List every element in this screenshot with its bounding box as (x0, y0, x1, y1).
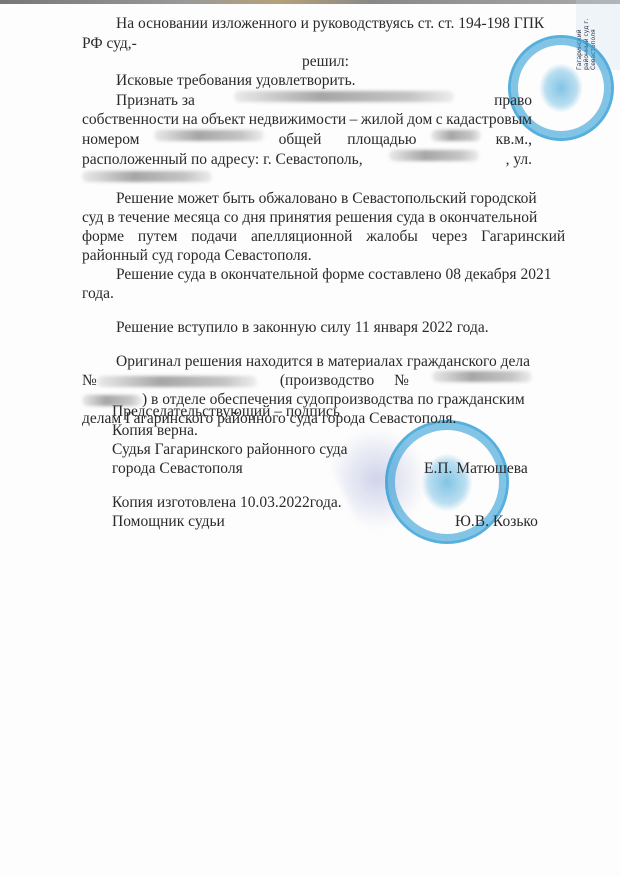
final-form-line-1: Решение суда в окончательной форме соста… (82, 265, 566, 285)
final-form-line-2: года. (82, 284, 532, 304)
redacted-area (431, 130, 481, 141)
decided-heading: решил: (302, 52, 349, 72)
redacted-name (234, 91, 454, 102)
appeal-line-3: форме путем подачи апелляционной жалобы … (82, 227, 532, 247)
claims-satisfied: Исковые требования удовлетворить. (82, 71, 566, 91)
redacted-proceeding-number (432, 371, 532, 382)
recognize-line: Признать за право (82, 91, 532, 111)
redacted-street (82, 171, 212, 182)
cadastral-line: номером общей площадью кв.м., (82, 130, 532, 150)
appeal-line-4: районный суд города Севастополя. (82, 246, 532, 266)
recognize-start: Признать за (116, 91, 195, 111)
appeal-line-1: Решение может быть обжаловано в Севастоп… (82, 189, 566, 209)
original-line-2: № (производство № (82, 371, 532, 391)
address-cont (82, 166, 532, 186)
copy-made-date: Копия изготовлена 10.03.2022года. (112, 493, 562, 513)
assistant-name: Ю.В. Козько (455, 512, 538, 532)
redacted-case-number (97, 376, 257, 387)
original-line-1: Оригинал решения находится в материалах … (82, 352, 566, 372)
paragraph-basis: На основании изложенного и руководствуяс… (82, 14, 566, 34)
judge-name: Е.П. Матюшева (424, 459, 528, 479)
appeal-line-2: суд в течение месяца со дня принятия реш… (82, 208, 532, 228)
copy-true: Копия верна. (112, 421, 562, 441)
redacted-cadastral-number (154, 130, 264, 141)
paragraph-basis-cont: РФ суд,- (82, 34, 532, 54)
recognize-end: право (494, 91, 532, 111)
ownership-line: собственности на объект недвижимости – ж… (82, 110, 532, 130)
redacted-address (389, 150, 479, 161)
effective-date: Решение вступило в законную силу 11 янва… (82, 318, 566, 338)
judge-title: Судья Гагаринского районного суда (112, 440, 562, 460)
scan-top-edge (0, 0, 620, 4)
presiding-signature: Председательствующий – подпись (112, 402, 562, 422)
